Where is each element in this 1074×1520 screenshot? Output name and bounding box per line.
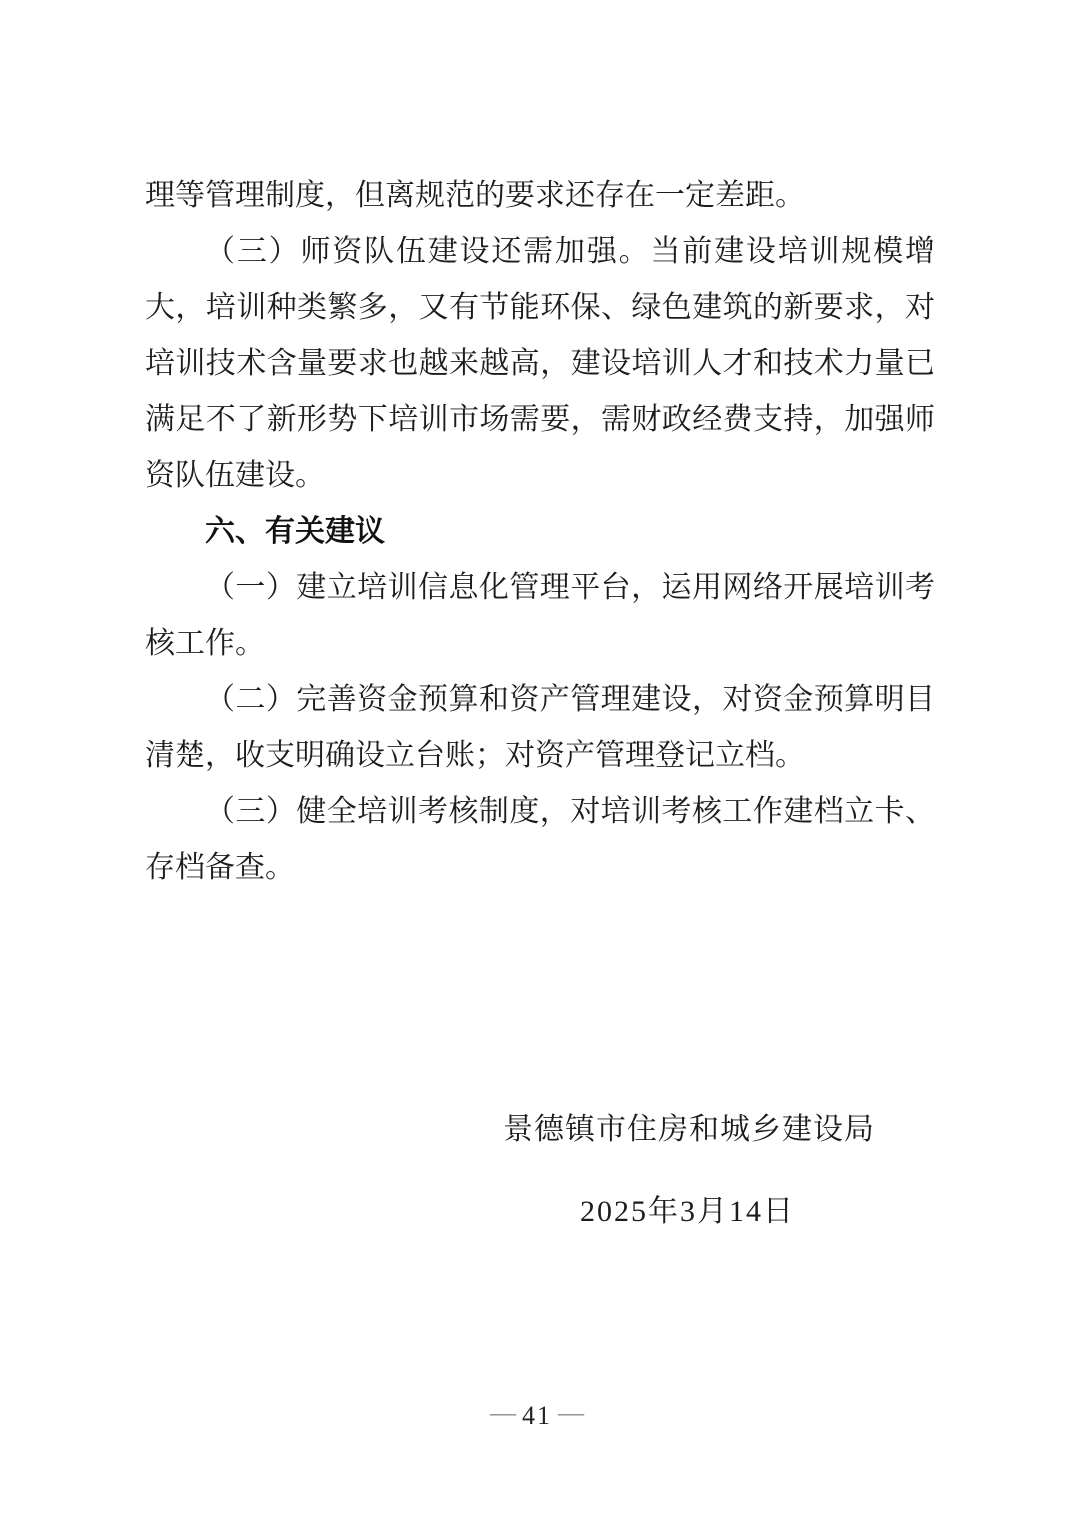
document-body: 理等管理制度，但离规范的要求还存在一定差距。 （三）师资队伍建设还需加强。当前建… xyxy=(145,168,935,896)
paragraph-suggestion-2: （二）完善资金预算和资产管理建设，对资金预算明目清楚，收支明确设立台账；对资产管… xyxy=(145,672,935,784)
signature-date: 2025年3月14日 xyxy=(580,1186,795,1230)
page-number: 41 xyxy=(522,1401,552,1430)
paragraph-continuation: 理等管理制度，但离规范的要求还存在一定差距。 xyxy=(145,168,935,224)
document-page: 理等管理制度，但离规范的要求还存在一定差距。 （三）师资队伍建设还需加强。当前建… xyxy=(0,0,1074,1520)
signature-organization: 景德镇市住房和城乡建设局 xyxy=(503,1104,875,1148)
paragraph-suggestion-3: （三）健全培训考核制度，对培训考核工作建档立卡、存档备查。 xyxy=(145,784,935,896)
footer-dash-left: — xyxy=(490,1398,516,1427)
footer-dash-right: — xyxy=(558,1398,584,1427)
paragraph-suggestion-1: （一）建立培训信息化管理平台，运用网络开展培训考核工作。 xyxy=(145,560,935,672)
section-heading-suggestions: 六、有关建议 xyxy=(145,504,935,560)
page-footer: —41— xyxy=(0,1398,1074,1434)
paragraph-item-3-problems: （三）师资队伍建设还需加强。当前建设培训规模增大，培训种类繁多，又有节能环保、绿… xyxy=(145,224,935,504)
